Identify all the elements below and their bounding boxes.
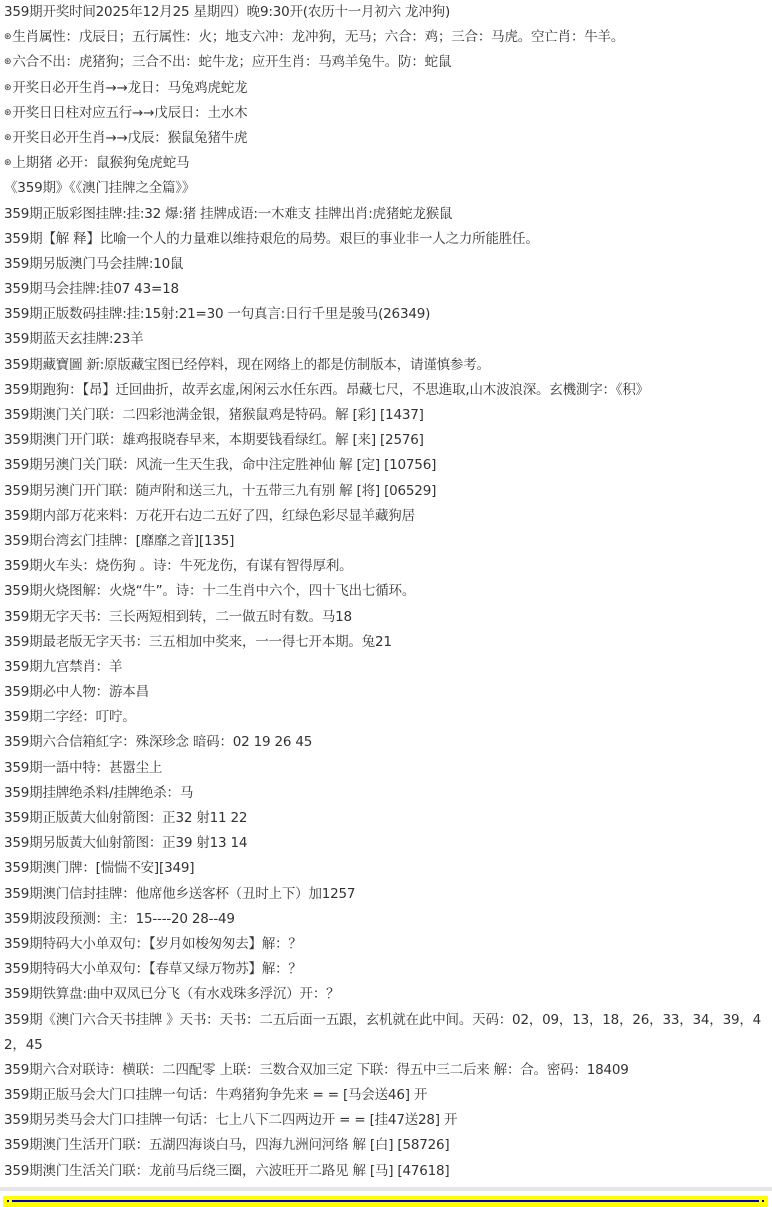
bar-line — [12, 1200, 759, 1202]
bullet-icon: ⊛ — [4, 57, 11, 67]
entry-line: 359期澳门开门联：雄鸡报晓春早来，本期要钱看绿红。解 [来] [2576] — [4, 428, 772, 453]
tianshu-entry: 359期《澳门六合天书挂牌 》天书：天书：二五后面一五跟，玄机就在此中间。天码：… — [4, 1008, 768, 1058]
attribute-line: ⊛开奖日日柱对应五行→→戊辰日：土水木 — [4, 101, 772, 126]
bullet-icon: ⊛ — [4, 133, 11, 143]
entry-line: 359期澳门关门联：二四彩池满金银，猪猴鼠鸡是特码。解 [彩] [1437] — [4, 403, 772, 428]
footer-decorative-bar — [3, 1196, 768, 1207]
entry-line: 359期最老版无字天书：三五相加中奖来，一一得七开本期。兔21 — [4, 630, 772, 655]
bullet-icon: ⊛ — [4, 32, 11, 42]
entry-line: 359期【解 释】比喻一个人的力量难以维持艰危的局势。艰巨的事业非一人之力所能胜… — [4, 227, 772, 252]
entry-line: 359期正版数码挂牌:挂:15射:21=30 一句真言:日行千里是骏马(2634… — [4, 302, 772, 327]
entry-line: 359期蓝天玄挂牌:23羊 — [4, 327, 772, 352]
entry-line: 359期六合信箱紅字：殊深珍念 暗码：02 19 26 45 — [4, 730, 772, 755]
entry-line: 359期内部万花来料：万花开右边二五好了四，红绿色彩尽显羊藏狗居 — [4, 504, 772, 529]
entry-line: 359期一語中特：甚嚣尘上 — [4, 756, 772, 781]
entry-line: 359期铁算盘:曲中双凤已分飞（有水戏珠多浮沉）开：？ — [4, 982, 772, 1007]
page-title: 359期开奖时间2025年12月25 星期四）晚9:30开(农历十一月初六 龙冲… — [4, 0, 772, 25]
entry-line: 359期正版黃大仙射箭图：正32 射11 22 — [4, 806, 772, 831]
entry-line: 359期正版马会大门口挂牌一句话：牛鸡猪狗争先来 = = [马会送46] 开 — [4, 1083, 772, 1108]
entry-line: 359期波段预测：主：15----20 28--49 — [4, 907, 772, 932]
attribute-line: ⊛生肖属性：戊辰日；五行属性：火；地支六冲：龙冲狗，无马；六合：鸡；三合：马虎。… — [4, 25, 772, 50]
entry-line: 359期另澳门开门联：随声附和送三九，十五带三九有别 解 [将] [06529] — [4, 479, 772, 504]
attribute-line: ⊛开奖日必开生肖→→龙日：马兔鸡虎蛇龙 — [4, 76, 772, 101]
entry-line: 359期火车头：烧伤狗 。诗：牛死龙伤，有谋有智得厚利。 — [4, 554, 772, 579]
entry-line: 359期澳门生活开门联：五湖四海谈白马，四海九洲问河络 解 [白] [58726… — [4, 1133, 772, 1158]
bullet-icon: ⊛ — [4, 158, 11, 168]
attribute-line: ⊛六合不出：虎猪狗；三合不出：蛇牛龙；应开生肖：马鸡羊兔牛。防：蛇鼠 — [4, 50, 772, 75]
bar-dot-right-icon — [762, 1200, 764, 1202]
divider — [0, 1187, 772, 1191]
entry-line: 359期另澳门关门联：风流一生天生我，命中注定胜神仙 解 [定] [10756] — [4, 453, 772, 478]
entry-line: 359期另版澳门马会挂牌:10鼠 — [4, 252, 772, 277]
entry-line: 359期二字经：叮咛。 — [4, 705, 772, 730]
entry-line: 359期藏寶圖 新:原版藏宝图已经停料，现在网络上的都是仿制版本，请谨慎参考。 — [4, 353, 772, 378]
bullet-icon: ⊛ — [4, 83, 11, 93]
entry-line: 359期澳门生活关门联：龙前马后绕三圈，六波旺开二路见 解 [马] [47618… — [4, 1159, 772, 1184]
attribute-line: ⊛上期猪 必开：鼠猴狗兔虎蛇马 — [4, 151, 772, 176]
entry-line: 359期马会挂牌:挂07 43=18 — [4, 277, 772, 302]
entry-line: 359期澳门牌：[惴惴不安][349] — [4, 856, 772, 881]
entry-line: 359期另版黃大仙射箭图：正39 射13 14 — [4, 831, 772, 856]
attribute-line: ⊛开奖日必开生肖→→戊辰：猴鼠兔猪牛虎 — [4, 126, 772, 151]
entry-line: 359期澳门信封挂牌：他席他乡送客杯（丑时上下）加1257 — [4, 882, 772, 907]
entry-line: 359期特码大小单双句：【春草又绿万物苏】解：？ — [4, 957, 772, 982]
bullet-icon: ⊛ — [4, 108, 11, 118]
bar-dot-left-icon — [7, 1200, 9, 1202]
entry-line: 359期九宫禁肖：羊 — [4, 655, 772, 680]
entry-line: 359期六合对联诗：横联：二四配零 上联：三数合双加三定 下联：得五中三二后来 … — [4, 1058, 772, 1083]
entry-line: 359期正版彩图挂牌:挂:32 爆:猪 挂牌成语:一木难支 挂牌出肖:虎猪蛇龙猴… — [4, 202, 772, 227]
content-area: 359期开奖时间2025年12月25 星期四）晚9:30开(农历十一月初六 龙冲… — [4, 0, 772, 1184]
entry-line: 359期无字天书：三长两短相到转，二一做五时有数。马18 — [4, 605, 772, 630]
section-title: 《359期》《《澳门挂牌之全篇》》 — [4, 176, 772, 201]
entry-line: 359期跑狗：【昂】迁回曲折，故弄玄虚,闲闲云水任东西。昂藏七尺，不思進取,山木… — [4, 378, 772, 403]
entry-line: 359期挂牌绝杀料/挂牌绝杀：马 — [4, 781, 772, 806]
entry-line: 359期必中人物：游本昌 — [4, 680, 772, 705]
entry-line: 359期特码大小单双句：【岁月如梭匆匆去】解：？ — [4, 932, 772, 957]
entry-line: 359期另类马会大门口挂牌一句话：七上八下二四两边开 = = [挂47送28] … — [4, 1108, 772, 1133]
entry-line: 359期台湾玄门挂牌：[靡靡之音][135] — [4, 529, 772, 554]
entry-line: 359期火烧图解：火烧“牛”。诗：十二生肖中六个，四十飞出七循环。 — [4, 579, 772, 604]
